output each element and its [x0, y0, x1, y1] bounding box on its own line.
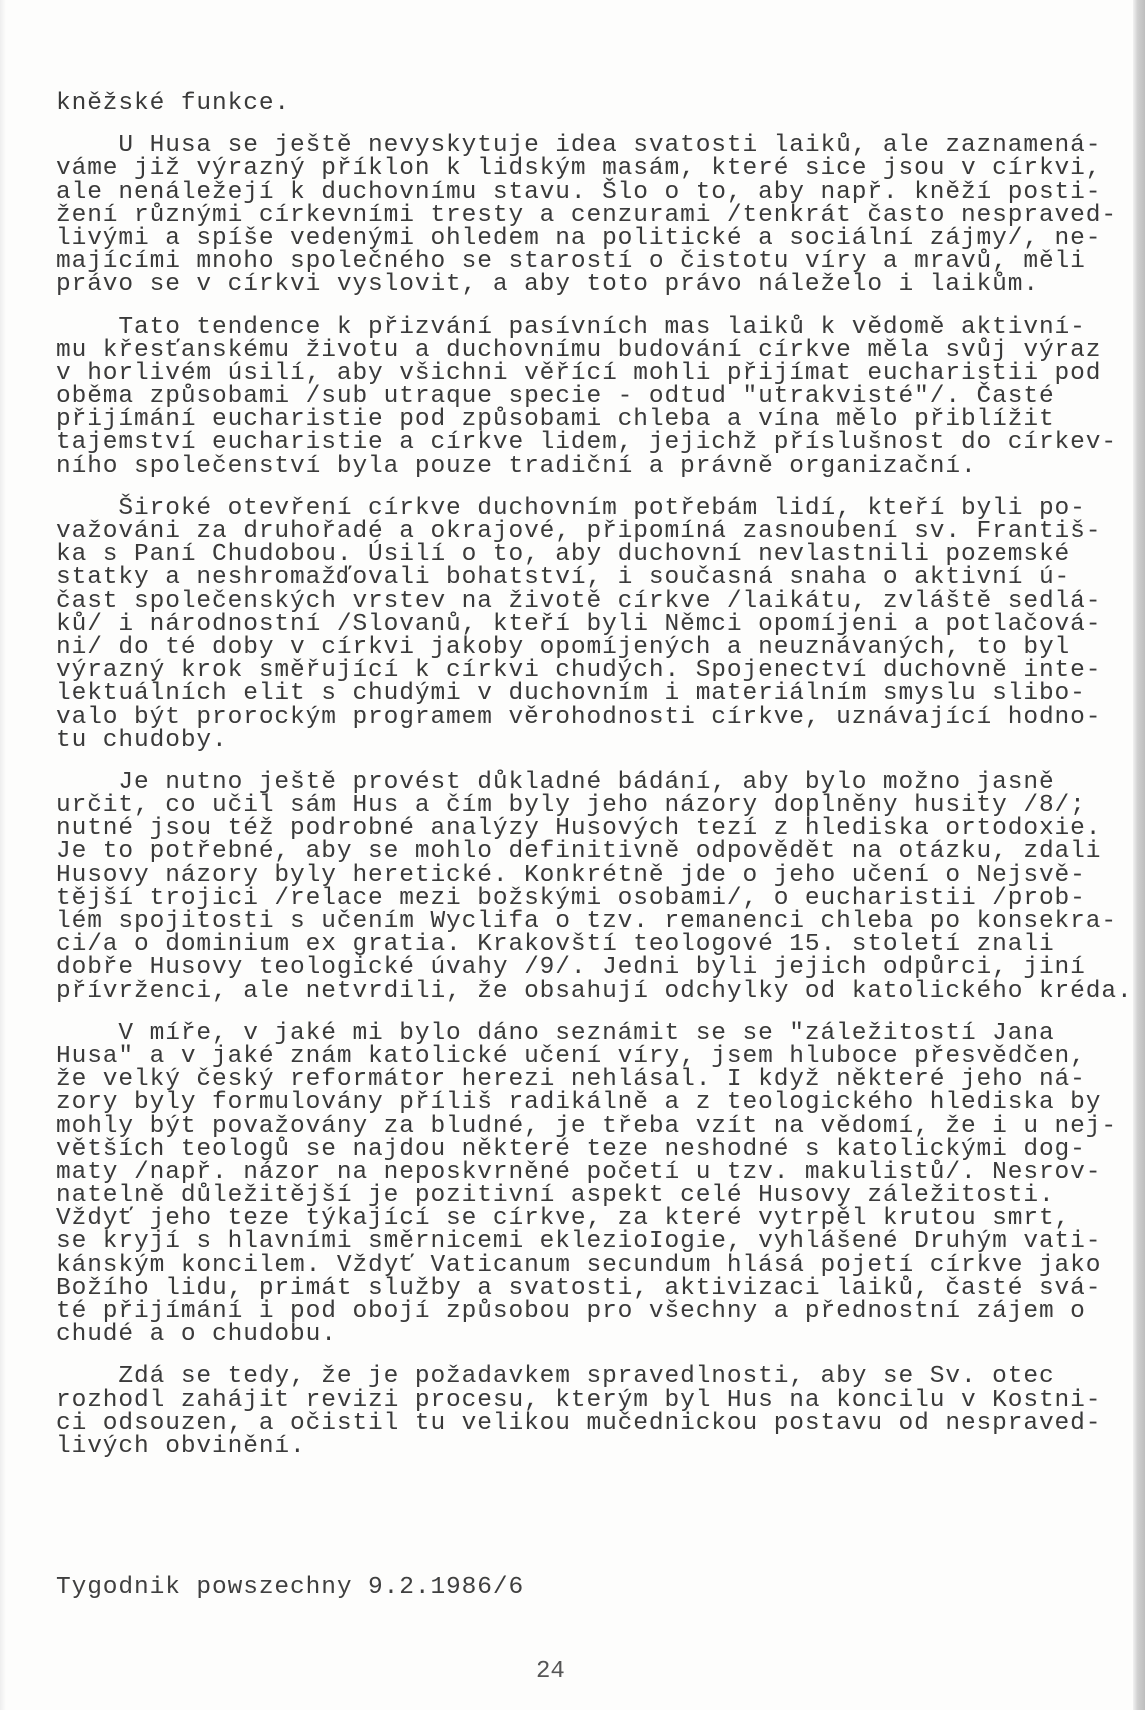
text-line: v horlivém úsilí, aby všichni věřící moh… [56, 362, 1116, 385]
text-line: Tato tendence k přizvání pasívních mas l… [56, 316, 1116, 339]
page-number: 24 [536, 1658, 565, 1685]
text-line: maty /např. názor na neposkvrněné početí… [56, 1161, 1116, 1184]
text-line: ního společenství byla pouze tradiční a … [56, 455, 1116, 478]
text-line: přívrženci, ale netvrdili, že obsahují o… [56, 980, 1116, 1003]
text-line: žení různými církevními tresty a cenzura… [56, 204, 1116, 227]
text-line: Husa" a v jaké znám katolické učení víry… [56, 1045, 1116, 1068]
text-line: že velký český reformátor herezi nehlása… [56, 1068, 1116, 1091]
text-line: ni/ do té doby v církvi jakoby opomíjený… [56, 636, 1116, 659]
text-line: výrazný krok směřující k církvi chudých.… [56, 659, 1116, 682]
paragraph: V míře, v jaké mi bylo dáno seznámit se … [56, 1022, 1116, 1347]
text-line: statky a neshromažďovali bohatství, i so… [56, 566, 1116, 589]
text-line: právo se v církvi vyslovit, a aby toto p… [56, 273, 1116, 296]
paragraph: Je nutno ještě provést důkladné bádání, … [56, 771, 1116, 1003]
text-line: ka s Paní Chudobou. Úsilí o to, aby duch… [56, 543, 1116, 566]
text-line: V míře, v jaké mi bylo dáno seznámit se … [56, 1022, 1116, 1045]
document-body: kněžské funkce. U Husa se ještě nevyskyt… [56, 92, 1116, 1477]
scan-edge-left [0, 0, 6, 1710]
scan-edge-shadow [1133, 0, 1145, 1710]
text-line: ale nenáležejí k duchovnímu stavu. Šlo o… [56, 181, 1116, 204]
text-line: tu chudoby. [56, 729, 1116, 752]
text-line: majícími mnoho společného se starostí o … [56, 250, 1116, 273]
text-line: Vždyť jeho teze týkající se církve, za k… [56, 1207, 1116, 1230]
text-line: se kryjí s hlavními směrnicemi eklezioIo… [56, 1230, 1116, 1253]
text-line: Husovy názory byly heretické. Konkrétně … [56, 864, 1116, 887]
text-line: čast společenských vrstev na životě círk… [56, 590, 1116, 613]
text-line: ků/ i národnostní /Slovanů, kteří byli N… [56, 613, 1116, 636]
text-line: lém spojitosti s učením Wyclifa o tzv. r… [56, 910, 1116, 933]
text-line: dobře Husovy teologické úvahy /9/. Jedni… [56, 956, 1116, 979]
text-line: mu křesťanskému životu a duchovnímu budo… [56, 339, 1116, 362]
text-line: rozhodl zahájit revizi procesu, kterým b… [56, 1389, 1116, 1412]
text-line: ci odsouzen, a očistil tu velikou mučedn… [56, 1412, 1116, 1435]
text-line: chudé a o chudobu. [56, 1323, 1116, 1346]
text-line: ci/a o dominium ex gratia. Krakovští teo… [56, 933, 1116, 956]
text-line: kněžské funkce. [56, 92, 1116, 115]
paragraph: U Husa se ještě nevyskytuje idea svatost… [56, 134, 1116, 296]
text-line: mohly být považovány za bludné, je třeba… [56, 1115, 1116, 1138]
text-line: U Husa se ještě nevyskytuje idea svatost… [56, 134, 1116, 157]
text-line: nutné jsou též podrobné analýzy Husových… [56, 817, 1116, 840]
text-line: váme již výrazný příklon k lidským masám… [56, 157, 1116, 180]
text-line: natelně důležitější je pozitivní aspekt … [56, 1184, 1116, 1207]
text-line: oběma způsobami /sub utraque specie - od… [56, 385, 1116, 408]
source-citation: Tygodnik powszechny 9.2.1986/6 [56, 1574, 524, 1601]
text-line: Široké otevření církve duchovním potřebá… [56, 497, 1116, 520]
text-line: kánským koncilem. Vždyť Vaticanum secund… [56, 1254, 1116, 1277]
text-line: přijímání eucharistie pod způsobami chle… [56, 408, 1116, 431]
paragraph: Tato tendence k přizvání pasívních mas l… [56, 316, 1116, 478]
paragraph: Široké otevření církve duchovním potřebá… [56, 497, 1116, 752]
text-line: valo být prorockým programem věrohodnost… [56, 706, 1116, 729]
text-line: tajemství eucharistie a církve lidem, je… [56, 431, 1116, 454]
text-line: zory byly formulovány příliš radikálně a… [56, 1091, 1116, 1114]
text-line: Zdá se tedy, že je požadavkem spravedlno… [56, 1365, 1116, 1388]
text-line: lektuálních elit s chudými v duchovním i… [56, 682, 1116, 705]
paragraph: kněžské funkce. [56, 92, 1116, 115]
paragraph: Zdá se tedy, že je požadavkem spravedlno… [56, 1365, 1116, 1458]
text-line: Je to potřebné, aby se mohlo definitivně… [56, 840, 1116, 863]
text-line: Božího lidu, primát služby a svatosti, a… [56, 1277, 1116, 1300]
text-line: větších teologů se najdou některé teze n… [56, 1138, 1116, 1161]
text-line: tější trojici /relace mezi božskými osob… [56, 887, 1116, 910]
text-line: livými a spíše vedenými ohledem na polit… [56, 227, 1116, 250]
text-line: té přijímání i pod obojí způsobou pro vš… [56, 1300, 1116, 1323]
text-line: určit, co učil sám Hus a čím byly jeho n… [56, 794, 1116, 817]
text-line: livých obvinění. [56, 1435, 1116, 1458]
text-line: Je nutno ještě provést důkladné bádání, … [56, 771, 1116, 794]
text-line: važováni za druhořadé a okrajové, připom… [56, 520, 1116, 543]
